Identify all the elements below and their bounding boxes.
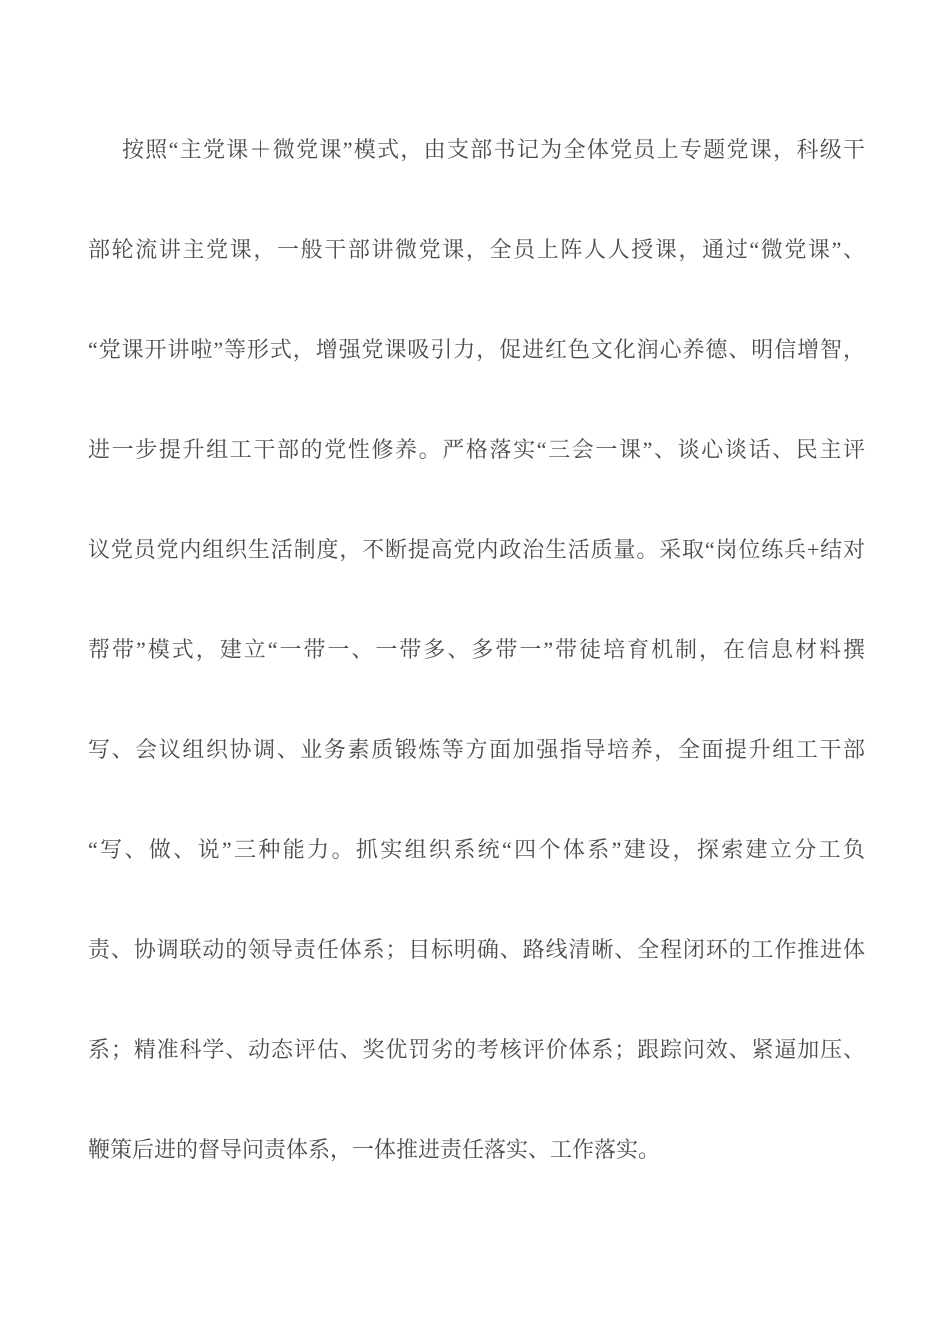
text-line: 进一步提升组工干部的党性修养。严格落实“三会一课”、谈心谈话、民主评 [88,400,865,500]
text-line: 鞭策后进的督导问责体系，一体推进责任落实、工作落实。 [88,1100,865,1200]
paragraph: 按照“主党课＋微党课”模式，由支部书记为全体党员上专题党课，科级干 部轮流讲主党… [88,0,865,1200]
text-line: “写、做、说”三种能力。抓实组织系统“四个体系”建设，探索建立分工负 [88,800,865,900]
text-line: “党课开讲啦”等形式，增强党课吸引力，促进红色文化润心养德、明信增智， [88,300,865,400]
text-line: 系；精准科学、动态评估、奖优罚劣的考核评价体系；跟踪问效、紧逼加压、 [88,1000,865,1100]
document-page: 按照“主党课＋微党课”模式，由支部书记为全体党员上专题党课，科级干 部轮流讲主党… [0,0,950,1344]
text-line: 责、协调联动的领导责任体系；目标明确、路线清晰、全程闭环的工作推进体 [88,900,865,1000]
text-line: 按照“主党课＋微党课”模式，由支部书记为全体党员上专题党课，科级干 [88,100,865,200]
text-line: 议党员党内组织生活制度，不断提高党内政治生活质量。采取“岗位练兵+结对 [88,500,865,600]
text-line: 部轮流讲主党课，一般干部讲微党课，全员上阵人人授课，通过“微党课”、 [88,200,865,300]
text-line: 帮带”模式，建立“一带一、一带多、多带一”带徒培育机制，在信息材料撰 [88,600,865,700]
text-line: 写、会议组织协调、业务素质锻炼等方面加强指导培养，全面提升组工干部 [88,700,865,800]
